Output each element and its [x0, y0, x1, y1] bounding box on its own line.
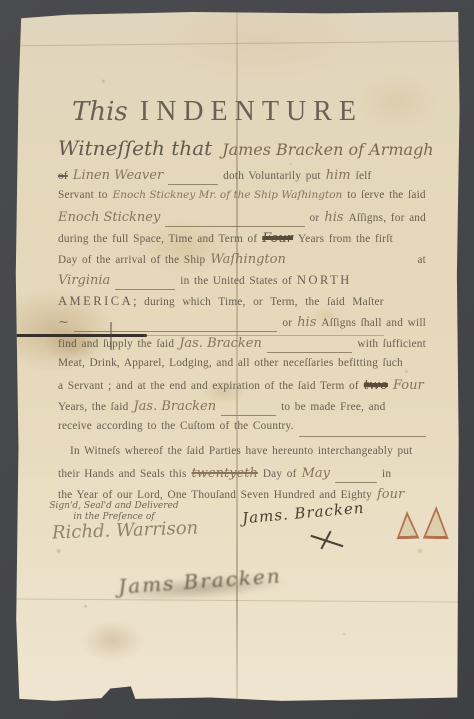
document-line: find and ſupply the ſaidJas. Brackenwith…: [58, 336, 426, 357]
handwritten-text: Jas. Bracken: [179, 336, 262, 351]
printed-text: the Year of our Lord, One Thouſand Seven…: [58, 489, 372, 501]
document-line: a Servant ; and at the end and expiratio…: [58, 378, 426, 399]
handwritten-text: Enoch Stickney Mr. of the Ship Waſhingto…: [113, 189, 343, 201]
handwritten-text: Enoch Stickney: [58, 210, 160, 225]
printed-text: NORTH: [297, 273, 352, 288]
printed-text: Aſſigns, for and: [349, 212, 426, 224]
handwritten-text: Linen Weaver: [73, 168, 163, 183]
printed-text: Witneſſeth that: [58, 136, 212, 160]
handwritten-text: Jas. Bracken: [133, 399, 216, 414]
printed-text: AMERICA;: [58, 294, 139, 309]
document-line: ofLinen Weaverdoth Voluntarily puthimſel…: [58, 168, 426, 189]
blank-rule: [221, 414, 276, 416]
blank-rule: [299, 435, 426, 437]
printed-text: find and ſupply the ſaid: [58, 338, 174, 350]
printed-text: during which Time, or Term, the ſaid Maſ…: [144, 296, 384, 308]
blank-rule: [115, 288, 175, 290]
handwritten-text: twentyeth: [192, 466, 258, 481]
document-line: Day of the arrival of the ShipWaſhington…: [58, 252, 426, 273]
printed-text: or: [310, 212, 320, 224]
printed-text: Day of the arrival of the Ship: [58, 254, 205, 266]
printed-text: or: [282, 317, 292, 329]
handwritten-text: ~: [58, 315, 69, 330]
title-word-indenture: INDENTURE: [140, 96, 363, 128]
document-line: ThisINDENTURE: [58, 96, 426, 136]
document-line: Meat, Drink, Apparel, Lodging, and all o…: [58, 357, 426, 378]
printed-text: in: [382, 468, 391, 480]
printed-text: Day of: [263, 468, 297, 480]
handwritten-text: his: [297, 315, 316, 330]
blank-rule: [74, 330, 277, 332]
blank-rule: [168, 183, 218, 185]
document-line: AMERICA;during which Time, or Term, the …: [58, 294, 426, 315]
handwritten-text: May: [302, 466, 330, 481]
blank-rule: [267, 351, 353, 353]
wax-seal-center: [426, 511, 446, 536]
printed-text: during the full Space, Time and Term of: [58, 233, 257, 245]
document-line: receive according to the Cuſtom of the C…: [58, 420, 426, 441]
handwritten-text: Waſhington: [210, 252, 285, 267]
printed-text: receive according to the Cuſtom of the C…: [58, 420, 294, 432]
document-line: Servant toEnoch Stickney Mr. of the Ship…: [58, 189, 426, 210]
handwritten-text: James Bracken of Armagh: [222, 140, 433, 159]
printed-text: to be made Free, and: [281, 401, 385, 413]
printed-text: a Servant ; and at the end and expiratio…: [58, 380, 359, 392]
printed-text: Servant to: [58, 189, 108, 201]
witness-signature: Richd. Warrison: [52, 517, 199, 543]
printed-text: of: [58, 170, 68, 182]
document-line: Years, the ſaidJas. Brackento be made Fr…: [58, 399, 426, 420]
printed-text: to ſerve the ſaid: [347, 189, 425, 201]
printed-text: doth Voluntarily put: [223, 170, 321, 182]
photo-background: ThisINDENTUREWitneſſeth thatJames Bracke…: [0, 0, 474, 719]
handwritten-text: four: [377, 487, 404, 502]
handwritten-text: his: [324, 210, 343, 225]
handwritten-text: Four: [262, 231, 293, 246]
title-word-this: This: [72, 97, 128, 127]
attestation-line: Sign'd, Seal'd and Delivered: [44, 501, 184, 512]
wax-seal-icon: [423, 506, 450, 539]
printed-text: In Witneſs whereof the ſaid Parties have…: [58, 445, 413, 457]
printed-text: ſelf: [356, 170, 372, 182]
wax-seal-icon: [396, 511, 420, 540]
handwritten-text: two: [364, 378, 388, 393]
document-line: Witneſſeth thatJames Bracken of Armagh: [58, 136, 426, 168]
document-line: their Hands and Seals thistwentyethDay o…: [58, 466, 426, 487]
printed-text: with ſufficient: [357, 338, 426, 350]
document-line: during the full Space, Time and Term ofF…: [58, 231, 426, 252]
document-line: In Witneſs whereof the ſaid Parties have…: [58, 445, 426, 466]
signature-cross-mark-icon: [310, 528, 344, 554]
document-body: ThisINDENTUREWitneſſeth thatJames Bracke…: [58, 96, 426, 508]
printed-text: in the United States of: [180, 275, 292, 287]
printed-text: Aſſigns ſhall and will: [321, 317, 426, 329]
printed-text: Years from the firſt: [298, 233, 393, 245]
document-line: Enoch StickneyorhisAſſigns, for and: [58, 210, 426, 231]
handwritten-text: Four: [393, 378, 424, 393]
handwritten-text: Virginia: [58, 273, 110, 288]
smudged-signature: Jams Bracken: [106, 565, 296, 607]
printed-text: their Hands and Seals this: [58, 468, 187, 480]
document-line: Virginiain the United States ofNORTH: [58, 273, 426, 294]
blank-rule: [335, 481, 377, 483]
paper-sheet: ThisINDENTUREWitneſſeth thatJames Bracke…: [14, 12, 460, 703]
printed-text: Meat, Drink, Apparel, Lodging, and all o…: [58, 357, 403, 369]
blank-rule: [165, 225, 304, 227]
handwritten-text: him: [326, 168, 351, 183]
document-line: ~orhisAſſigns ſhall and will: [58, 315, 426, 336]
fold-crease-top: [14, 41, 460, 47]
printed-text: at: [417, 254, 426, 266]
printed-text: Years, the ſaid: [58, 401, 128, 413]
